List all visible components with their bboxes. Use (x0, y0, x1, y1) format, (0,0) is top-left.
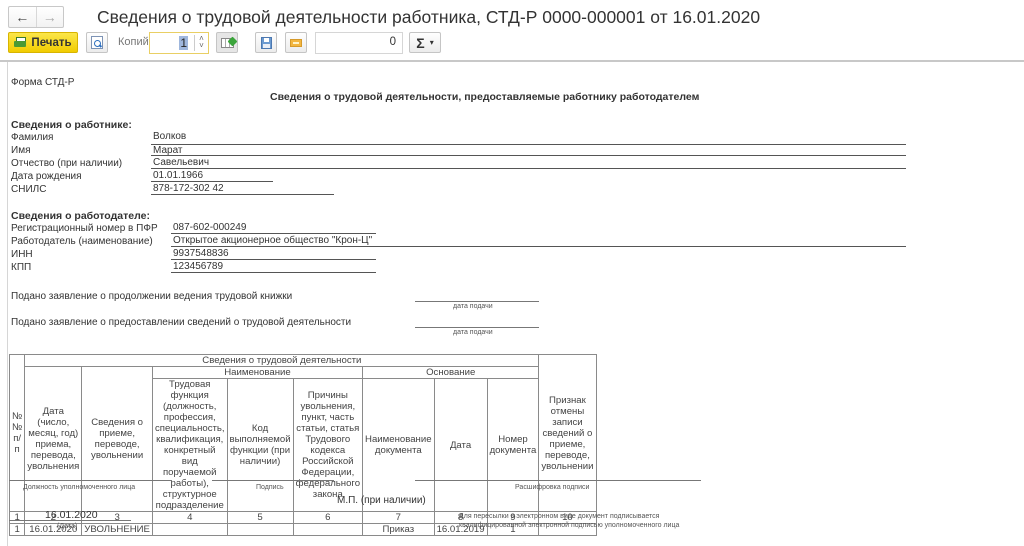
decode-caption: Расшифровка подписи (515, 484, 589, 491)
chevron-down-icon: ▾ (430, 38, 434, 47)
copies-stepper[interactable]: ˄ ˅ (194, 35, 208, 51)
pfr-number-value: 087-602-000249 (171, 222, 376, 234)
arrow-left-icon: ← (15, 9, 29, 25)
sum-button[interactable]: Σ ▾ (409, 32, 441, 53)
cell-function (152, 524, 227, 536)
document-viewer[interactable]: Форма СТД-Р Сведения о трудовой деятельн… (0, 60, 1024, 546)
column-number: 7 (363, 512, 435, 524)
col-reasons-header: Причины увольнения, пункт, часть статьи,… (293, 379, 362, 512)
navigation-buttons: ← → (8, 6, 64, 28)
employer-name-value: Открытое акционерное общество "Крон-Ц" (171, 235, 906, 247)
preview-icon (91, 36, 103, 49)
col-doc-number-header: Номер документа (487, 379, 539, 512)
save-button[interactable] (255, 32, 277, 53)
forward-button[interactable]: → (36, 7, 64, 27)
col-function-header: Трудовая функция (должность, профессия, … (152, 379, 227, 512)
floppy-disk-icon (261, 37, 272, 49)
signature-caption: Подпись (256, 484, 284, 491)
birth-date-value: 01.01.1966 (151, 170, 273, 182)
snils-value: 878-172-302 42 (151, 183, 334, 195)
field-label: Фамилия (11, 132, 53, 143)
inn-value: 9937548836 (171, 248, 376, 260)
electronic-note-line1: Для пересылки в электронном виде докумен… (459, 513, 659, 520)
toolbar: Печать Копий: 1 ˄ ˅ 0 Σ ▾ (0, 32, 1024, 56)
field-label: КПП (11, 262, 31, 273)
column-number: 5 (227, 512, 293, 524)
field-label: СНИЛС (11, 184, 46, 195)
decode-line (415, 480, 701, 481)
spin-down-icon[interactable]: ˅ (195, 42, 208, 49)
employee-section-title: Сведения о работнике: (11, 119, 132, 131)
cell-code (227, 524, 293, 536)
name-value: Марат (151, 144, 906, 156)
field-label: Регистрационный номер в ПФР (11, 223, 158, 234)
cell-doc-name: Приказ (363, 524, 435, 536)
position-line (9, 480, 172, 481)
employer-section-title: Сведения о работодателе: (11, 210, 150, 222)
col-doc-date-header: Дата (434, 379, 487, 512)
edit-mode-button[interactable] (216, 32, 238, 53)
preview-button[interactable] (86, 32, 108, 53)
column-number: 1 (10, 512, 25, 524)
cell-info: УВОЛЬНЕНИЕ (82, 524, 153, 536)
field-label: ИНН (11, 249, 33, 260)
field-label: Дата рождения (11, 171, 82, 182)
sum-field: 0 (315, 32, 403, 54)
printer-icon (14, 37, 26, 48)
print-label: Печать (31, 37, 71, 49)
statement-date-caption: дата подачи (453, 329, 493, 336)
cell-reasons (293, 524, 362, 536)
surname-value: Волков (151, 131, 153, 143)
electronic-note-line2: квалифицированной электронной подписью у… (459, 522, 679, 529)
table-edit-icon (221, 38, 234, 48)
form-name: Форма СТД-Р (11, 77, 74, 88)
print-button[interactable]: Печать (8, 32, 78, 53)
copies-value: 1 (179, 36, 188, 50)
field-label: Имя (11, 145, 30, 156)
document-title: Сведения о трудовой деятельности, предос… (270, 91, 699, 103)
statement-info: Подано заявление о предоставлении сведен… (11, 317, 351, 328)
cell-num: 1 (10, 524, 25, 536)
back-button[interactable]: ← (9, 7, 36, 27)
basis-header: Основание (363, 367, 539, 379)
sigma-icon: Σ (416, 35, 424, 51)
send-email-button[interactable] (285, 32, 307, 53)
envelope-icon (290, 39, 302, 47)
col-doc-name-header: Наименование документа (363, 379, 435, 512)
sign-date-caption: (Дата) (57, 523, 77, 530)
field-label: Работодатель (наименование) (11, 236, 153, 247)
column-number: 4 (152, 512, 227, 524)
window-title: Сведения о трудовой деятельности работни… (97, 7, 760, 28)
stamp-label: М.П. (при наличии) (337, 495, 426, 506)
patronymic-value: Савельевич (151, 157, 906, 169)
statement-date-caption: дата подачи (453, 303, 493, 310)
sign-date-line (9, 520, 131, 521)
arrow-right-icon: → (43, 9, 57, 25)
kpp-value: 123456789 (171, 261, 376, 273)
group-header: Сведения о трудовой деятельности (25, 355, 539, 367)
statement-date-line (415, 327, 539, 328)
statement-workbook: Подано заявление о продолжении ведения т… (11, 291, 292, 302)
position-caption: Должность уполномоченного лица (23, 484, 135, 491)
copies-input[interactable]: 1 ˄ ˅ (149, 32, 209, 54)
field-label: Отчество (при наличии) (11, 158, 122, 169)
naming-header: Наименование (152, 367, 362, 379)
col-code-header: Код выполняемой функции (при наличии) (227, 379, 293, 512)
copies-label: Копий: (118, 36, 152, 48)
column-number: 6 (293, 512, 362, 524)
statement-date-line (415, 301, 539, 302)
signature-line (212, 480, 334, 481)
